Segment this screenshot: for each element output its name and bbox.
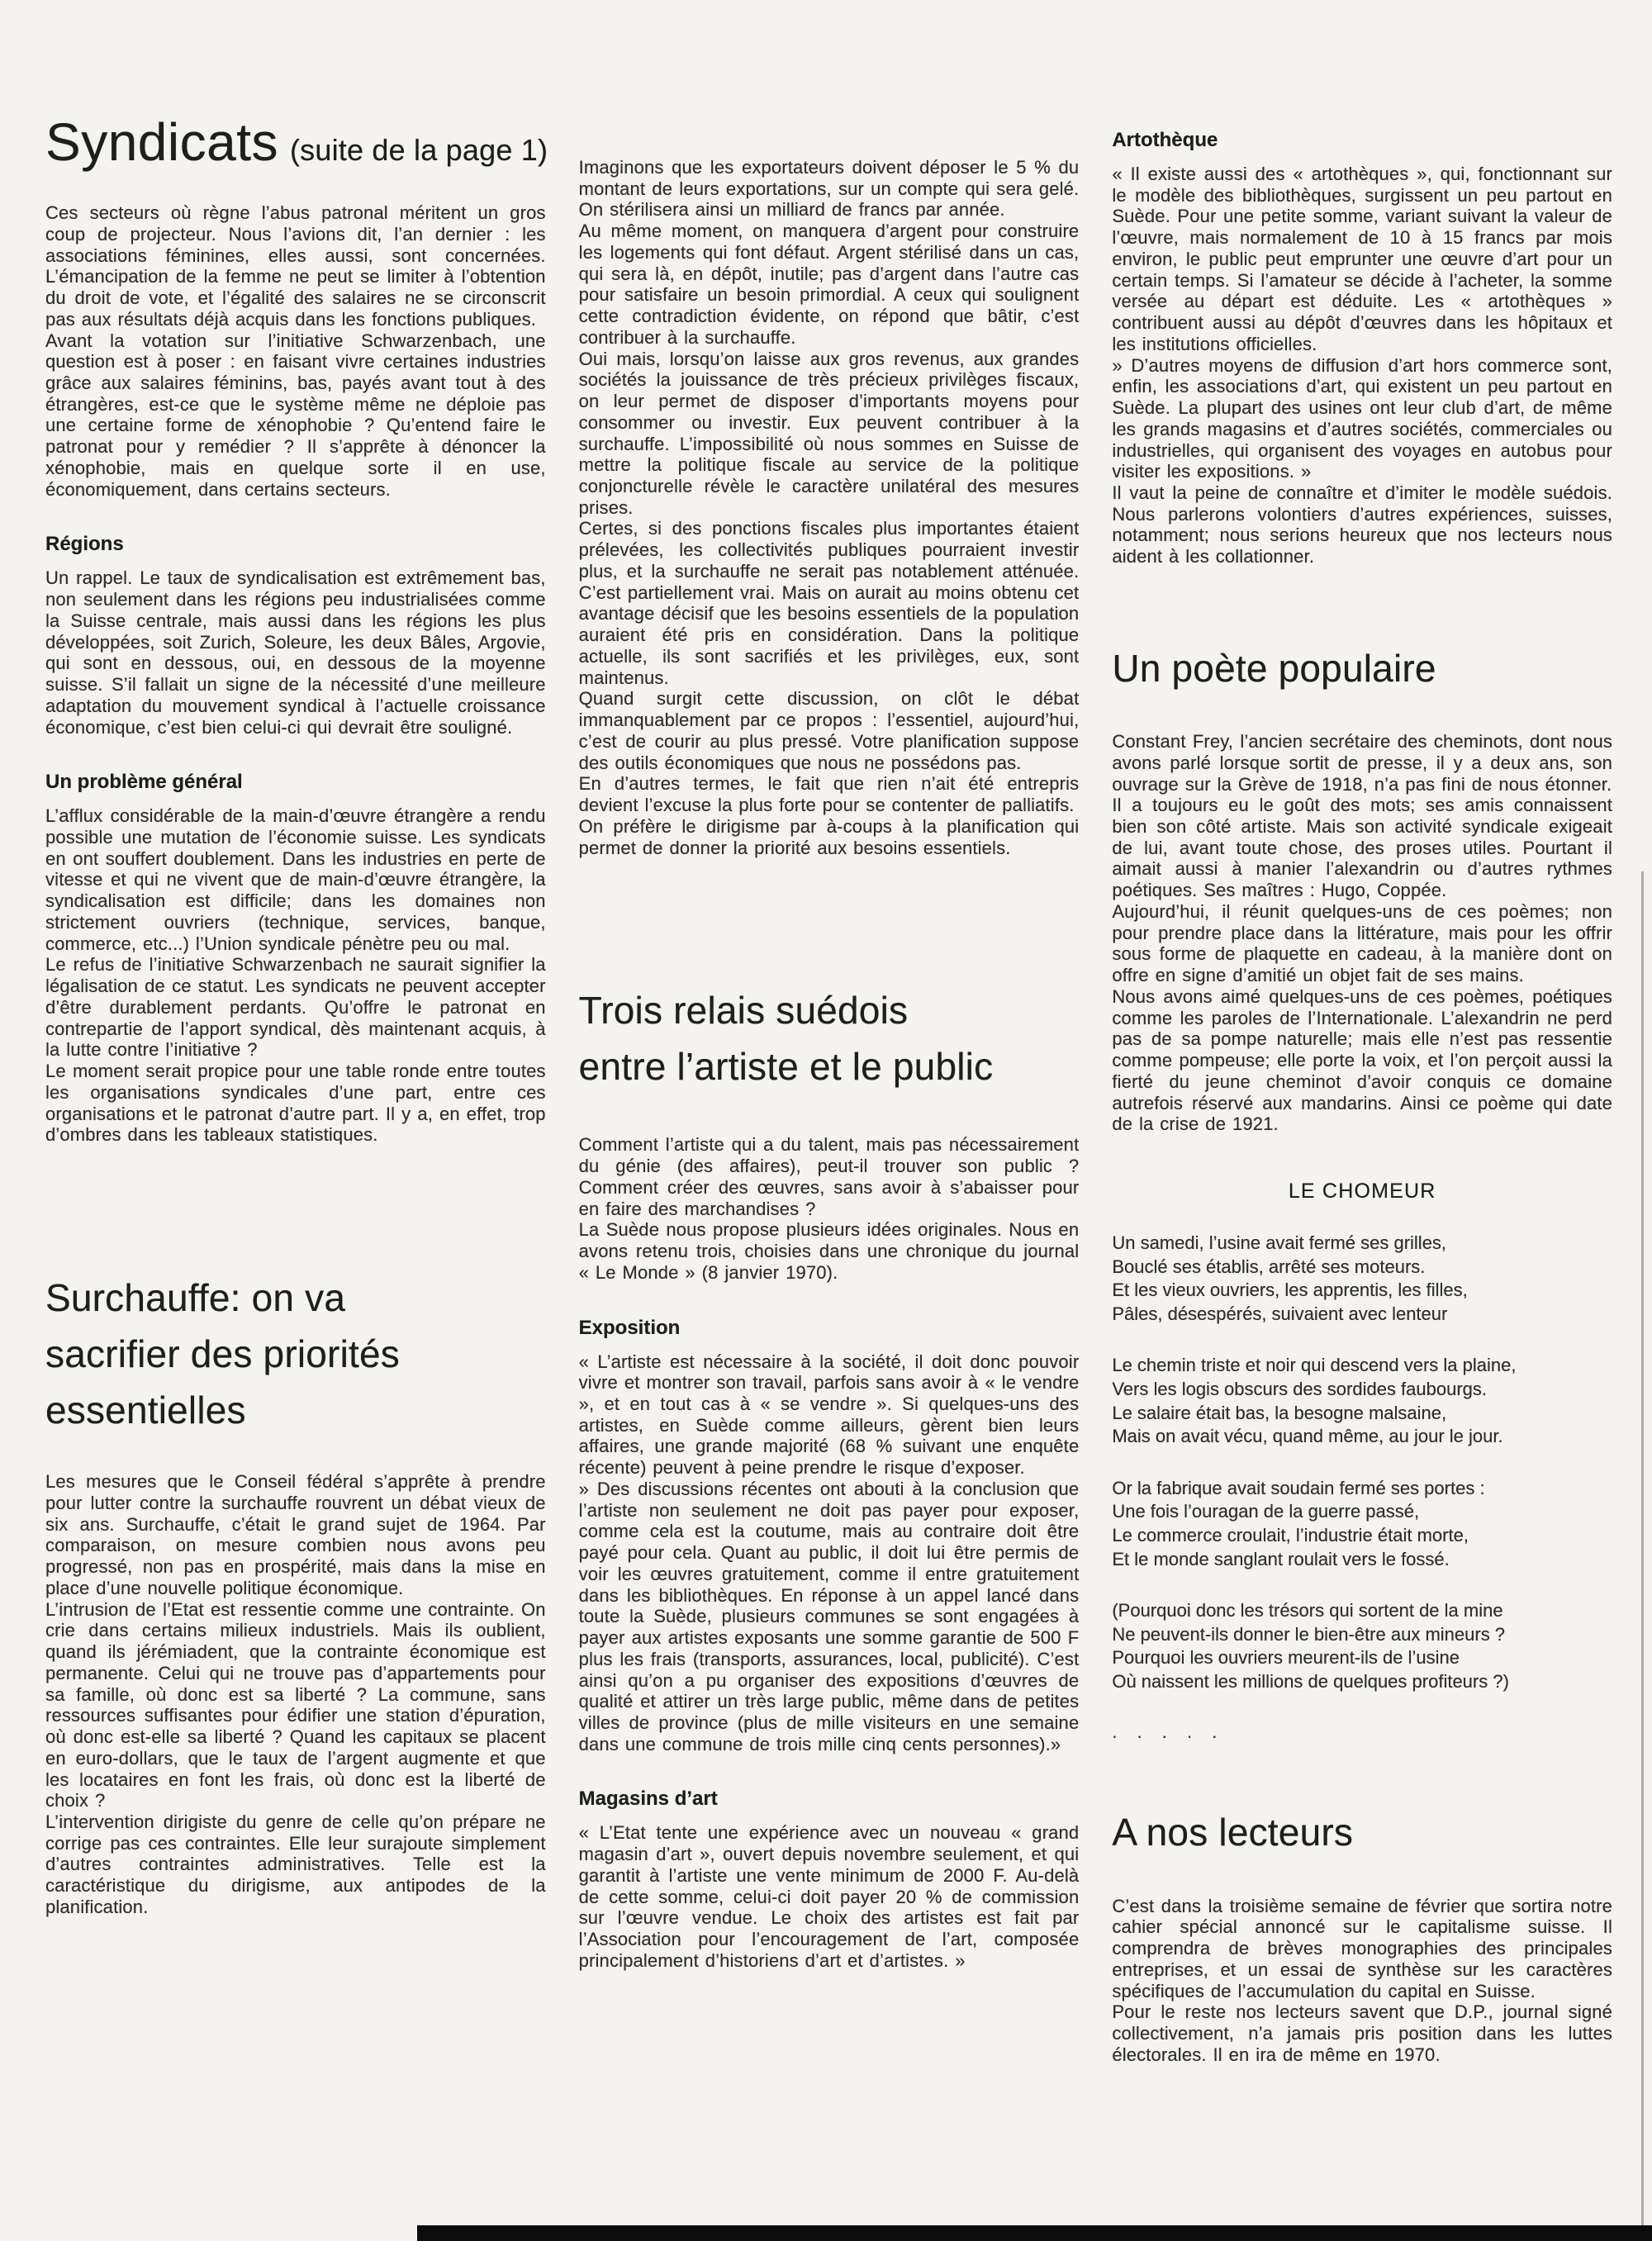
column-middle-content: Imaginons que les exportateurs doivent d… xyxy=(579,157,1080,1972)
scan-artifact-edge-line xyxy=(1641,871,1644,2241)
column-layout: Syndicats(suite de la page 1) Ces secteu… xyxy=(0,0,1652,2065)
poem-title: LE CHOMEUR xyxy=(1112,1180,1612,1204)
paragraph: Oui mais, lorsqu’on laisse aux gros reve… xyxy=(579,349,1080,519)
column-middle: Imaginons que les exportateurs doivent d… xyxy=(579,114,1080,1972)
article-title-syndicats-text: Syndicats xyxy=(45,112,278,172)
paragraph: C’est dans la troisième semaine de févri… xyxy=(1112,1896,1612,2002)
section-heading-artotheque: Artothèque xyxy=(1112,129,1612,152)
paragraph: Imaginons que les exportateurs doivent d… xyxy=(579,157,1080,221)
poem-line: Pâles, désespérés, suivaient avec lenteu… xyxy=(1112,1303,1612,1327)
paragraph: Constant Frey, l’ancien secrétaire des c… xyxy=(1112,731,1612,795)
paragraph: Quand surgit cette discussion, on clôt l… xyxy=(579,688,1080,773)
paragraph: Au même moment, on manquera d’argent pou… xyxy=(579,221,1080,348)
paragraph: Il a toujours eu le goût des mots; ses a… xyxy=(1112,795,1612,901)
paragraph: Les mesures que le Conseil fédéral s’app… xyxy=(45,1471,546,1598)
article-title-poete-populaire: Un poète populaire xyxy=(1112,640,1612,696)
article-title-trois-relais: Trois relais suédois entre l’artiste et … xyxy=(579,982,1080,1094)
poem-line: Bouclé ses établis, arrêté ses moteurs. xyxy=(1112,1256,1612,1280)
article-title-surchauffe: Surchauffe: on va sacrifier des priorité… xyxy=(45,1270,546,1438)
title-line: sacrifier des priorités xyxy=(45,1326,546,1382)
poem-line: Et les vieux ouvriers, les apprentis, le… xyxy=(1112,1279,1612,1303)
title-line: entre l’artiste et le public xyxy=(579,1038,1080,1094)
poem-line: (Pourquoi donc les trésors qui sortent d… xyxy=(1112,1599,1612,1623)
paragraph: Le moment serait propice pour une table … xyxy=(45,1061,546,1146)
paragraph: Pour le reste nos lecteurs savent que D.… xyxy=(1112,2001,1612,2065)
poem-line: Le chemin triste et noir qui descend ver… xyxy=(1112,1354,1612,1378)
scan-artifact-bottom-band xyxy=(417,2225,1652,2241)
poem-line: Le commerce croulait, l’industrie était … xyxy=(1112,1524,1612,1548)
paragraph: » D’autres moyens de diffusion d’art hor… xyxy=(1112,355,1612,482)
title-line: Surchauffe: on va xyxy=(45,1270,546,1326)
paragraph: Ces secteurs où règne l’abus patronal mé… xyxy=(45,202,546,330)
poem-stanza: Le chemin triste et noir qui descend ver… xyxy=(1112,1354,1612,1448)
section-heading-exposition: Exposition xyxy=(579,1317,1080,1340)
newspaper-page: Syndicats(suite de la page 1) Ces secteu… xyxy=(0,0,1652,2241)
paragraph: Aujourd’hui, il réunit quelques-uns de c… xyxy=(1112,901,1612,986)
paragraph: « L’Etat tente une expérience avec un no… xyxy=(579,1822,1080,1971)
paragraph: Nous avons aimé quelques-uns de ces poèm… xyxy=(1112,986,1612,1135)
poem-line: Mais on avait vécu, quand même, au jour … xyxy=(1112,1425,1612,1449)
paragraph: Comment l’artiste qui a du talent, mais … xyxy=(579,1134,1080,1219)
paragraph: Certes, si des ponctions fiscales plus i… xyxy=(579,518,1080,688)
poem-stanza: Or la fabrique avait soudain fermé ses p… xyxy=(1112,1477,1612,1571)
paragraph: Le refus de l’initiative Schwarzenbach n… xyxy=(45,954,546,1061)
paragraph: L’afflux considérable de la main-d’œuvre… xyxy=(45,805,546,954)
title-line: essentielles xyxy=(45,1382,546,1438)
paragraph: L’intrusion de l’Etat est ressentie comm… xyxy=(45,1599,546,1811)
poem-line: Un samedi, l’usine avait fermé ses grill… xyxy=(1112,1232,1612,1256)
section-heading-magasins-dart: Magasins d’art xyxy=(579,1788,1080,1811)
poem-stanza: Un samedi, l’usine avait fermé ses grill… xyxy=(1112,1232,1612,1326)
poem-line: Le salaire était bas, la besogne malsain… xyxy=(1112,1402,1612,1426)
poem-stanza: (Pourquoi donc les trésors qui sortent d… xyxy=(1112,1599,1612,1693)
column-right: Artothèque « Il existe aussi des « artot… xyxy=(1112,114,1612,2065)
poem-line: Pourquoi les ouvriers meurent-ils de l’u… xyxy=(1112,1646,1612,1670)
article-title-syndicats: Syndicats(suite de la page 1) xyxy=(45,114,546,171)
paragraph: En d’autres termes, le fait que rien n’a… xyxy=(579,773,1080,815)
poem-line: Une fois l’ouragan de la guerre passé, xyxy=(1112,1500,1612,1524)
paragraph: « L’artiste est nécessaire à la société,… xyxy=(579,1351,1080,1479)
paragraph: » Des discussions récentes ont abouti à … xyxy=(579,1479,1080,1755)
paragraph: L’intervention dirigiste du genre de cel… xyxy=(45,1811,546,1918)
article-title-a-nos-lecteurs: A nos lecteurs xyxy=(1112,1804,1612,1860)
poem-line: Où naissent les millions de quelques pro… xyxy=(1112,1670,1612,1694)
paragraph: Avant la votation sur l’initiative Schwa… xyxy=(45,330,546,501)
column-left: Syndicats(suite de la page 1) Ces secteu… xyxy=(45,114,546,1918)
paragraph: Un rappel. Le taux de syndicalisation es… xyxy=(45,567,546,738)
poem-ellipsis: . . . . . xyxy=(1112,1721,1612,1743)
paragraph: La Suède nous propose plusieurs idées or… xyxy=(579,1219,1080,1283)
poem-line: Vers les logis obscurs des sordides faub… xyxy=(1112,1378,1612,1402)
poem-line: Or la fabrique avait soudain fermé ses p… xyxy=(1112,1477,1612,1501)
paragraph: On préfère le dirigisme par à-coups à la… xyxy=(579,816,1080,858)
poem-line: Ne peuvent-ils donner le bien-être aux m… xyxy=(1112,1623,1612,1647)
section-heading-regions: Régions xyxy=(45,533,546,556)
paragraph: « Il existe aussi des « artothèques », q… xyxy=(1112,164,1612,355)
paragraph: Il vaut la peine de connaître et d’imite… xyxy=(1112,482,1612,567)
section-heading-probleme-general: Un problème général xyxy=(45,771,546,794)
article-title-syndicats-suffix: (suite de la page 1) xyxy=(290,133,548,167)
poem-line: Et le monde sanglant roulait vers le fos… xyxy=(1112,1548,1612,1572)
title-line: Trois relais suédois xyxy=(579,982,1080,1038)
